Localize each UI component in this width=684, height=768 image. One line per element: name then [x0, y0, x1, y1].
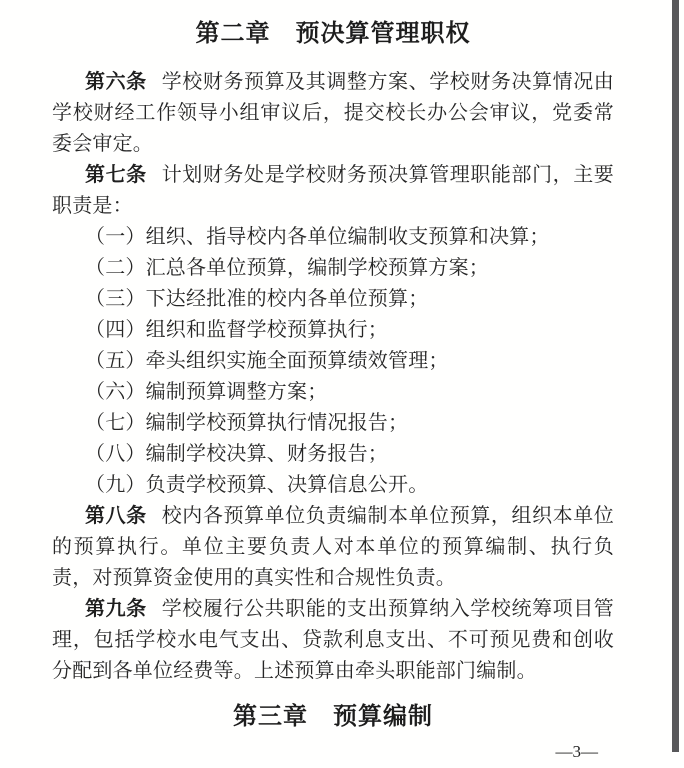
body-text-block: 第六条学校财务预算及其调整方案、学校财务决算情况由学校财经工作领导小组审议后，提… — [52, 67, 614, 687]
article-9-paragraph: 第九条学校履行公共职能的支出预算纳入学校统筹项目管理，包括学校水电气支出、贷款利… — [52, 594, 614, 687]
duty-item-5: （五）牵头组织实施全面预算绩效管理； — [52, 346, 614, 377]
duty-item-6: （六）编制预算调整方案； — [52, 377, 614, 408]
article-9-number: 第九条 — [85, 598, 147, 620]
article-6-paragraph: 第六条学校财务预算及其调整方案、学校财务决算情况由学校财经工作领导小组审议后，提… — [52, 67, 614, 160]
article-6-number: 第六条 — [85, 71, 147, 93]
duty-item-3: （三）下达经批准的校内各单位预算； — [52, 284, 614, 315]
scan-edge-shadow — [672, 0, 679, 752]
article-7-number: 第七条 — [85, 164, 147, 186]
article-8-number: 第八条 — [85, 505, 147, 527]
document-page: 第二章 预决算管理职权 第六条学校财务预算及其调整方案、学校财务决算情况由学校财… — [0, 0, 684, 768]
page-content: 第二章 预决算管理职权 第六条学校财务预算及其调整方案、学校财务决算情况由学校财… — [0, 0, 614, 731]
duty-item-4: （四）组织和监督学校预算执行； — [52, 315, 614, 346]
chapter-2-heading: 第二章 预决算管理职权 — [52, 20, 614, 48]
duty-item-1: （一）组织、指导校内各单位编制收支预算和决算； — [52, 222, 614, 253]
duty-item-7: （七）编制学校预算执行情况报告； — [52, 408, 614, 439]
duty-item-2: （二）汇总各单位预算，编制学校预算方案； — [52, 253, 614, 284]
page-number: —3— — [556, 742, 599, 762]
article-7-paragraph: 第七条计划财务处是学校财务预决算管理职能部门，主要职责是： — [52, 160, 614, 222]
duty-item-8: （八）编制学校决算、财务报告； — [52, 439, 614, 470]
chapter-3-heading: 第三章 预算编制 — [52, 703, 614, 731]
duty-item-9: （九）负责学校预算、决算信息公开。 — [52, 470, 614, 501]
article-8-paragraph: 第八条校内各预算单位负责编制本单位预算，组织本单位的预算执行。单位主要负责人对本… — [52, 501, 614, 594]
